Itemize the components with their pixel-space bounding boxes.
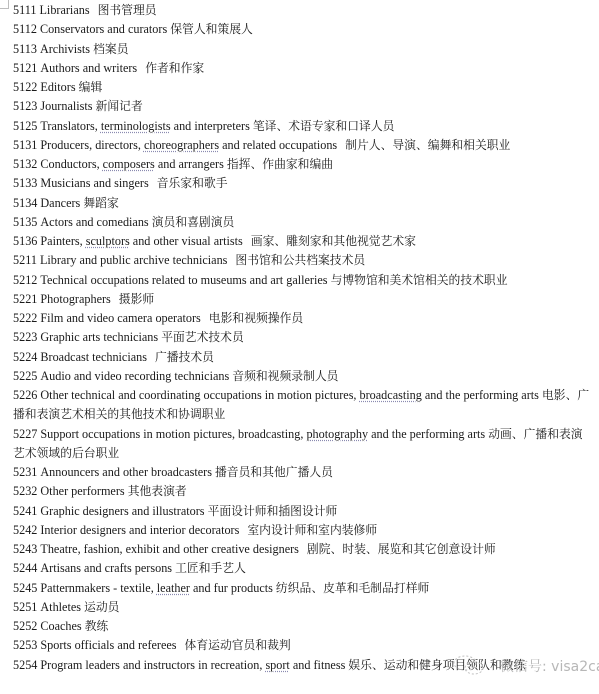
title-zh: 档案员: [93, 42, 128, 56]
title-zh: 与博物馆和美术馆相关的技术职业: [331, 273, 508, 287]
title-en: Archivists: [40, 42, 90, 56]
title-en: Audio and video recording technicians: [40, 369, 229, 383]
title-en: Librarians: [39, 3, 89, 17]
list-item: 5112Conservators and curators 保管人和策展人: [13, 20, 593, 39]
title-zh: 作者和作家: [145, 61, 204, 75]
noc-code: 5242: [13, 523, 37, 537]
list-item: 5242Interior designers and interior deco…: [13, 521, 593, 540]
title-en: and fitness: [290, 658, 346, 672]
title-en: Artisans and crafts persons: [40, 561, 172, 575]
title-en: Photographers: [40, 292, 110, 306]
list-item: 5231Announcers and other broadcasters 播音…: [13, 463, 593, 482]
title-en: Graphic designers and illustrators: [40, 504, 204, 518]
noc-code: 5227: [13, 427, 37, 441]
title-zh: 指挥、作曲家和编曲: [227, 157, 333, 171]
title-zh: 教练: [85, 619, 109, 633]
title-en: Other performers: [40, 484, 124, 498]
list-item: 5226Other technical and coordinating occ…: [13, 386, 593, 425]
title-en: Dancers: [40, 196, 80, 210]
title-zh: 图书管理员: [98, 3, 157, 17]
list-item: 5111Librarians图书管理员: [13, 1, 593, 20]
list-item: 5121Authors and writers作者和作家: [13, 59, 593, 78]
title-en: Producers, directors,: [40, 138, 144, 152]
list-item: 5135Actors and comedians 演员和喜剧演员: [13, 213, 593, 232]
title-en: Other technical and coordinating occupat…: [40, 388, 359, 402]
title-en: and the performing arts: [368, 427, 485, 441]
list-item: 5132Conductors, composers and arrangers …: [13, 155, 593, 174]
title-zh: 音乐家和歌手: [157, 176, 228, 190]
noc-code: 5223: [13, 330, 37, 344]
title-en: Sports officials and referees: [40, 638, 176, 652]
noc-code: 5232: [13, 484, 37, 498]
title-zh: 舞蹈家: [83, 196, 118, 210]
title-en: Program leaders and instructors in recre…: [40, 658, 265, 672]
list-item: 5133Musicians and singers音乐家和歌手: [13, 174, 593, 193]
list-item: 5243Theatre, fashion, exhibit and other …: [13, 540, 593, 559]
noc-code: 5251: [13, 600, 37, 614]
title-zh: 音频和视频录制人员: [232, 369, 338, 383]
title-en: Patternmakers - textile,: [40, 581, 156, 595]
occupation-list: 5111Librarians图书管理员 5112Conservators and…: [13, 1, 593, 675]
title-en: Painters,: [40, 234, 85, 248]
list-item: 5244Artisans and crafts persons 工匠和手艺人: [13, 559, 593, 578]
title-zh: 演员和喜剧演员: [152, 215, 235, 229]
title-en: Translators,: [40, 119, 101, 133]
title-zh: 保管人和策展人: [170, 22, 253, 36]
list-item: 5251Athletes 运动员: [13, 598, 593, 617]
title-zh: 工匠和手艺人: [175, 561, 246, 575]
title-en: Announcers and other broadcasters: [40, 465, 212, 479]
noc-code: 5225: [13, 369, 37, 383]
noc-code: 5136: [13, 234, 37, 248]
title-zh: 新闻记者: [96, 99, 143, 113]
list-item: 5245Patternmakers - textile, leather and…: [13, 579, 593, 598]
title-zh: 摄影师: [119, 292, 154, 306]
noc-code: 5243: [13, 542, 37, 556]
title-zh: 其他表演者: [128, 484, 187, 498]
title-zh: 笔译、术语专家和口译人员: [253, 119, 395, 133]
list-item: 5211Library and public archive technicia…: [13, 251, 593, 270]
title-zh: 播音员和其他广播人员: [215, 465, 333, 479]
title-zh: 平面设计师和插图设计师: [208, 504, 338, 518]
title-zh: 娱乐、运动和健身项目领队和教练: [348, 658, 525, 672]
title-en: and related occupations: [219, 138, 337, 152]
noc-code: 5224: [13, 350, 37, 364]
list-item: 5223Graphic arts technicians 平面艺术技术员: [13, 328, 593, 347]
title-en: Athletes: [40, 600, 81, 614]
title-zh: 纺织品、皮革和毛制品打样师: [276, 581, 429, 595]
title-en: Conductors,: [40, 157, 102, 171]
title-zh: 广播技术员: [155, 350, 214, 364]
list-item: 5134Dancers 舞蹈家: [13, 194, 593, 213]
list-item: 5232Other performers 其他表演者: [13, 482, 593, 501]
spellcheck-word: leather: [157, 581, 190, 595]
title-zh: 体育运动官员和裁判: [185, 638, 291, 652]
list-item: 5125Translators, terminologists and inte…: [13, 117, 593, 136]
noc-code: 5245: [13, 581, 37, 595]
list-item: 5221Photographers摄影师: [13, 290, 593, 309]
list-item: 5136Painters, sculptors and other visual…: [13, 232, 593, 251]
noc-code: 5252: [13, 619, 37, 633]
corner-crop-mark: [0, 0, 9, 9]
title-zh: 剧院、时装、展览和其它创意设计师: [307, 542, 496, 556]
title-en: and arrangers: [155, 157, 224, 171]
noc-code: 5134: [13, 196, 37, 210]
list-item: 5224Broadcast technicians广播技术员: [13, 348, 593, 367]
noc-code: 5211: [13, 253, 37, 267]
list-item: 5131Producers, directors, choreographers…: [13, 136, 593, 155]
title-en: and interpreters: [171, 119, 250, 133]
title-en: Technical occupations related to museums…: [40, 273, 327, 287]
noc-code: 5226: [13, 388, 37, 402]
noc-code: 5231: [13, 465, 37, 479]
list-item: 5253Sports officials and referees体育运动官员和…: [13, 636, 593, 655]
title-en: Graphic arts technicians: [40, 330, 158, 344]
noc-code: 5244: [13, 561, 37, 575]
spellcheck-word: sport: [265, 658, 289, 672]
noc-code: 5133: [13, 176, 37, 190]
wechat-icon: [452, 654, 486, 676]
list-item: 5241Graphic designers and illustrators 平…: [13, 502, 593, 521]
noc-code: 5241: [13, 504, 37, 518]
noc-code: 5122: [13, 80, 37, 94]
title-en: Actors and comedians: [40, 215, 148, 229]
list-item: 5113Archivists 档案员: [13, 40, 593, 59]
spellcheck-word: terminologists: [101, 119, 171, 133]
title-en: Coaches: [40, 619, 81, 633]
list-item: 5122Editors 编辑: [13, 78, 593, 97]
noc-code: 5132: [13, 157, 37, 171]
title-en: and fur products: [190, 581, 273, 595]
title-en: Support occupations in motion pictures, …: [40, 427, 306, 441]
title-en: Authors and writers: [40, 61, 137, 75]
spellcheck-word: sculptors: [86, 234, 130, 248]
noc-code: 5111: [13, 3, 36, 17]
list-item: 5123Journalists 新闻记者: [13, 97, 593, 116]
title-zh: 编辑: [79, 80, 103, 94]
title-zh: 运动员: [84, 600, 119, 614]
noc-code: 5131: [13, 138, 37, 152]
noc-code: 5254: [13, 658, 37, 672]
noc-code: 5221: [13, 292, 37, 306]
noc-code: 5212: [13, 273, 37, 287]
title-en: Theatre, fashion, exhibit and other crea…: [40, 542, 299, 556]
title-en: Conservators and curators: [40, 22, 167, 36]
title-en: Journalists: [40, 99, 92, 113]
title-zh: 画家、雕刻家和其他视觉艺术家: [251, 234, 416, 248]
title-zh: 制片人、导演、编舞和相关职业: [345, 138, 510, 152]
spellcheck-word: composers: [103, 157, 155, 171]
title-zh: 图书馆和公共档案技术员: [235, 253, 365, 267]
title-en: Musicians and singers: [40, 176, 148, 190]
title-zh: 室内设计师和室内装修师: [247, 523, 377, 537]
list-item: 5222Film and video camera operators电影和视频…: [13, 309, 593, 328]
noc-code: 5135: [13, 215, 37, 229]
noc-code: 5121: [13, 61, 37, 75]
noc-code: 5113: [13, 42, 37, 56]
noc-code: 5253: [13, 638, 37, 652]
title-en: and the performing arts: [422, 388, 539, 402]
list-item: 5227Support occupations in motion pictur…: [13, 425, 593, 464]
noc-code: 5222: [13, 311, 37, 325]
spellcheck-word: photography: [306, 427, 368, 441]
list-item: 5225Audio and video recording technician…: [13, 367, 593, 386]
title-en: Library and public archive technicians: [40, 253, 227, 267]
noc-code: 5125: [13, 119, 37, 133]
spellcheck-word: choreographers: [144, 138, 219, 152]
title-en: Editors: [40, 80, 75, 94]
title-zh: 电影和视频操作员: [209, 311, 303, 325]
title-en: Interior designers and interior decorato…: [40, 523, 239, 537]
list-item: 5212Technical occupations related to mus…: [13, 271, 593, 290]
title-en: Broadcast technicians: [40, 350, 147, 364]
title-en: Film and video camera operators: [40, 311, 200, 325]
spellcheck-word: broadcasting: [360, 388, 422, 402]
noc-code: 5123: [13, 99, 37, 113]
title-en: and other visual artists: [130, 234, 243, 248]
watermark-text: 微信号: visa2ca: [500, 656, 599, 676]
list-item: 5252Coaches 教练: [13, 617, 593, 636]
title-zh: 平面艺术技术员: [161, 330, 244, 344]
noc-code: 5112: [13, 22, 37, 36]
